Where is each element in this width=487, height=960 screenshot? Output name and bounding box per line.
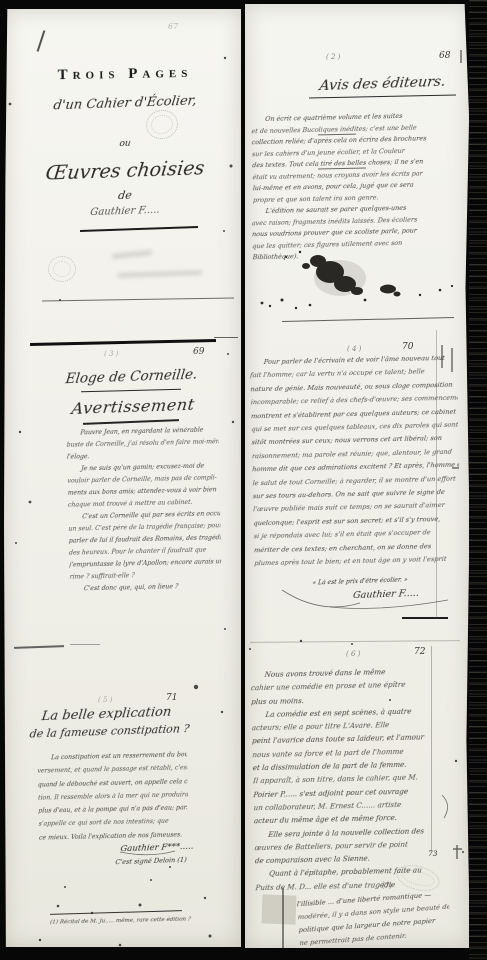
page-fold-line [214, 337, 238, 338]
printed-page-number: ( 3 ) [104, 350, 118, 358]
body-paragraph: C'est un Corneille qui par ses écrits en… [68, 508, 222, 583]
page-edge-line [70, 644, 100, 645]
folio-number: 70 [402, 342, 413, 352]
body-paragraph: On écrit ce quatrième volume et les suit… [251, 110, 459, 207]
body-paragraph: Nous avons trouvé dans le mêmecahier une… [250, 664, 456, 709]
body-paragraph: Elle sera jointe à la nouvelle collectio… [254, 823, 460, 868]
body-text: Nous avons trouvé dans le mêmecahier une… [250, 664, 460, 895]
folio-number: 72 [414, 647, 425, 657]
printed-page-number: ( 6 ) [346, 650, 360, 658]
body-paragraph: La comédie est en sept scènes, à quatrea… [251, 704, 459, 828]
folio-number: 71 [166, 693, 177, 703]
faded-stamp-icon [48, 256, 76, 282]
body-paragraph: Pour parler de l'écrivain et de voir l'â… [250, 352, 462, 571]
folio-number: 68 [439, 51, 450, 61]
body-paragraph: Pauvre Jean, en regardant la vénérablebu… [66, 424, 219, 463]
printed-page-number: ( 5 ) [98, 696, 112, 704]
page-crease-line [431, 646, 432, 851]
page-note: (7) [382, 882, 392, 890]
folio-number: 69 [193, 347, 204, 357]
margin-folio-number: 73 [428, 849, 438, 858]
printed-page-number: ( 2 ) [326, 53, 340, 61]
body-paragraph: L'édition ne saurait se parer quelques-u… [251, 202, 458, 264]
body-text: Pauvre Jean, en regardant la vénérablebu… [66, 424, 222, 595]
manuscript-scan: 67 Trois Pages d'un Cahier d'Écolier, ou… [0, 0, 487, 960]
printed-page-number: ( 4 ) [347, 345, 361, 353]
page-crease-line [282, 888, 284, 948]
body-paragraph: Je ne suis qu'un gamin; excusez-moi devo… [67, 460, 220, 511]
book-binding-edge [469, 0, 487, 960]
folio-number: 67 [168, 22, 178, 31]
page-crease-line [436, 330, 437, 618]
page-title: Trois Pages [40, 65, 210, 85]
footnote: l'illisible ... d'une liberté romantique… [296, 888, 451, 950]
end-rule [402, 617, 448, 619]
tape-patch [262, 894, 297, 924]
body-paragraph: La constipation est un resserrement du b… [37, 748, 189, 844]
